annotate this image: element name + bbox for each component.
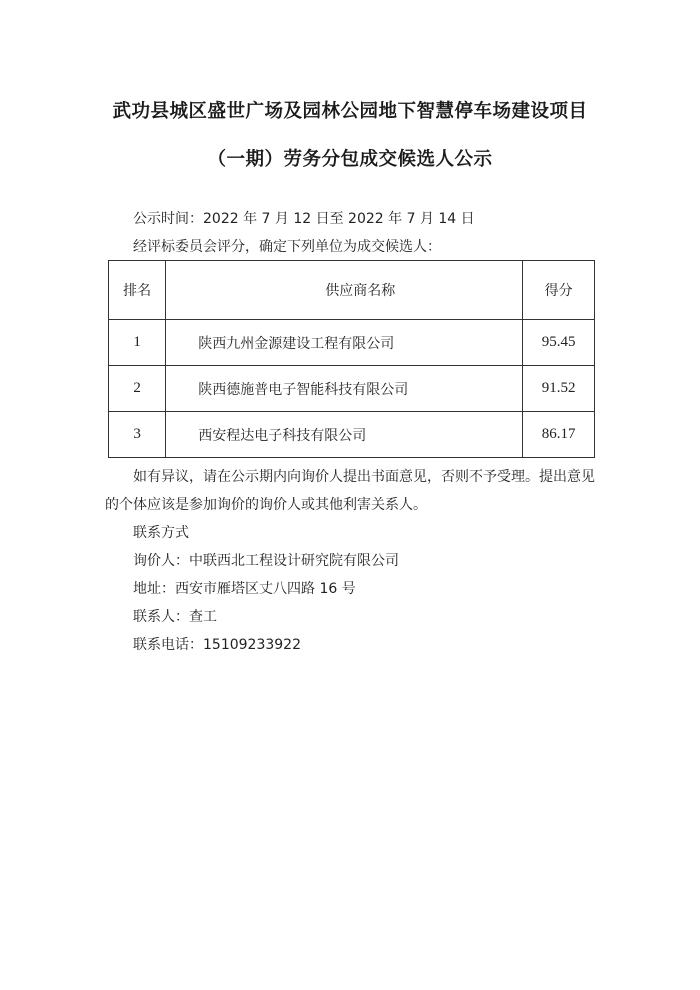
table-header-row: 排名 供应商名称 得分	[109, 261, 595, 320]
supplier-name-cell: 西安程达电子科技有限公司	[166, 412, 523, 458]
table-row: 3 西安程达电子科技有限公司 86.17	[109, 412, 595, 458]
contact-inquirer: 询价人：中联西北工程设计研究院有限公司	[133, 550, 399, 570]
rank-cell: 3	[109, 412, 166, 458]
contact-heading: 联系方式	[133, 522, 189, 542]
rank-cell: 1	[109, 320, 166, 366]
score-cell: 86.17	[523, 412, 595, 458]
contact-phone: 联系电话：15109233922	[133, 634, 301, 654]
intro-text: 经评标委员会评分，确定下列单位为成交候选人：	[133, 236, 441, 256]
document-title-line1: 武功县城区盛世广场及园林公园地下智慧停车场建设项目	[0, 97, 700, 123]
score-cell: 91.52	[523, 366, 595, 412]
supplier-name-cell: 陕西九州金源建设工程有限公司	[166, 320, 523, 366]
score-cell: 95.45	[523, 320, 595, 366]
contact-person: 联系人：查工	[133, 606, 217, 626]
header-score: 得分	[523, 261, 595, 320]
rank-cell: 2	[109, 366, 166, 412]
objection-line2: 的个体应该是参加询价的询价人或其他利害关系人。	[105, 494, 427, 514]
supplier-name-cell: 陕西德施普电子智能科技有限公司	[166, 366, 523, 412]
header-supplier-name: 供应商名称	[166, 261, 523, 320]
candidates-table: 排名 供应商名称 得分 1 陕西九州金源建设工程有限公司 95.45 2 陕西德…	[108, 260, 595, 458]
document-title-line2: （一期）劳务分包成交候选人公示	[0, 145, 700, 171]
notice-period: 公示时间：2022 年 7 月 12 日至 2022 年 7 月 14 日	[133, 208, 475, 228]
table-row: 2 陕西德施普电子智能科技有限公司 91.52	[109, 366, 595, 412]
table-row: 1 陕西九州金源建设工程有限公司 95.45	[109, 320, 595, 366]
header-rank: 排名	[109, 261, 166, 320]
contact-address: 地址：西安市雁塔区丈八四路 16 号	[133, 578, 356, 598]
objection-line1: 如有异议，请在公示期内向询价人提出书面意见，否则不予受理。提出意见	[133, 466, 595, 486]
